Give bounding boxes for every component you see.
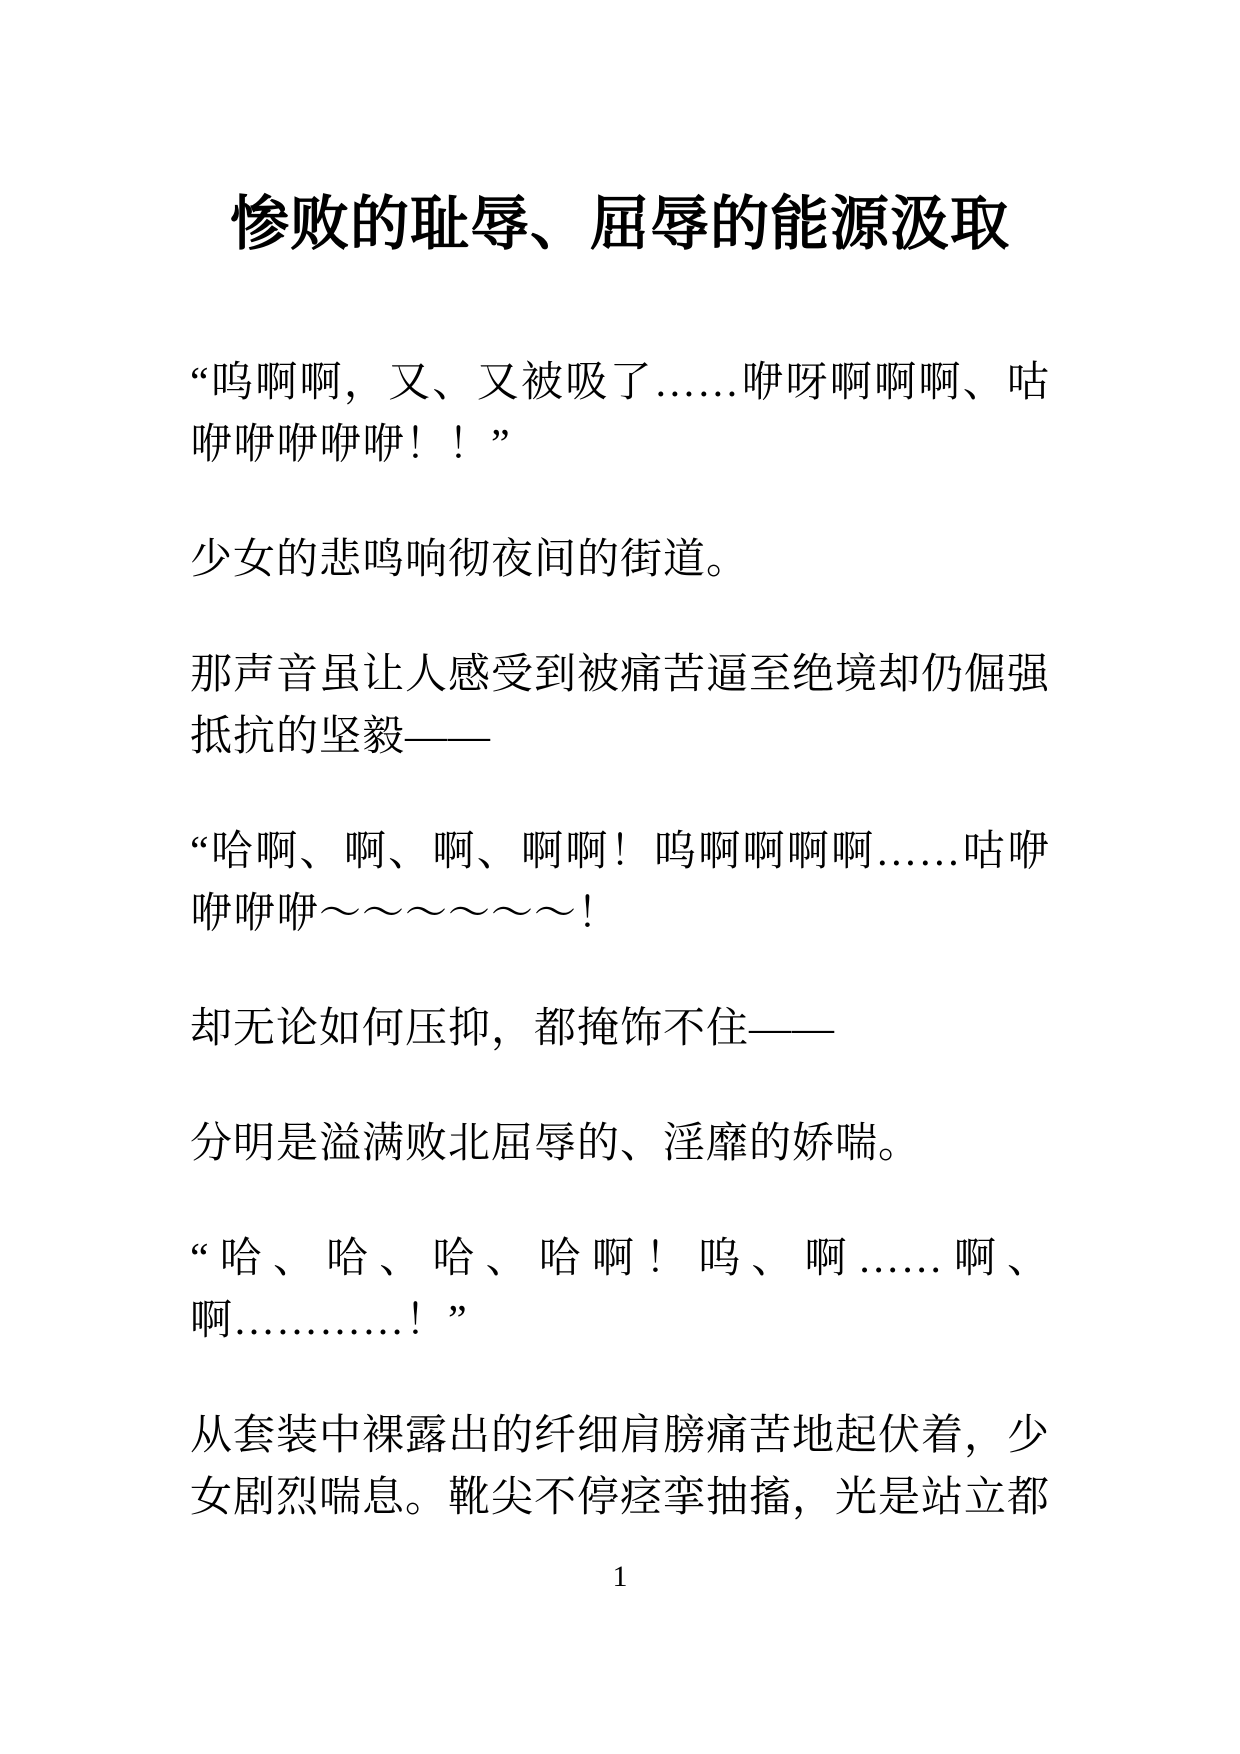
body-paragraph-6: 分明是溢满败北屈辱的、淫靡的娇喘。 xyxy=(190,1113,1050,1175)
body-paragraph-8: 从套装中裸露出的纤细肩膀痛苦地起伏着，少女剧烈喘息。靴尖不停痉挛抽搐，光是站立都 xyxy=(190,1405,1050,1529)
body-paragraph-1: “呜啊啊，又、又被吸了……咿呀啊啊啊、咕咿咿咿咿咿！！” xyxy=(190,352,1050,476)
body-paragraph-4: “哈啊、啊、啊、啊啊！呜啊啊啊啊……咕咿咿咿咿～～～～～～！ xyxy=(190,821,1050,945)
body-paragraph-3: 那声音虽让人感受到被痛苦逼至绝境却仍倔强抵抗的坚毅—— xyxy=(190,644,1050,768)
document-title: 惨败的耻辱、屈辱的能源汲取 xyxy=(190,188,1050,260)
document-page: 惨败的耻辱、屈辱的能源汲取 “呜啊啊，又、又被吸了……咿呀啊啊啊、咕咿咿咿咿咿！… xyxy=(0,0,1240,1754)
body-paragraph-7: “哈、哈、哈、哈啊！呜、啊……啊、啊…………！” xyxy=(190,1228,1050,1352)
page-number: 1 xyxy=(0,1560,1240,1594)
body-paragraph-2: 少女的悲鸣响彻夜间的街道。 xyxy=(190,529,1050,591)
body-paragraph-5: 却无论如何压抑，都掩饰不住—— xyxy=(190,998,1050,1060)
